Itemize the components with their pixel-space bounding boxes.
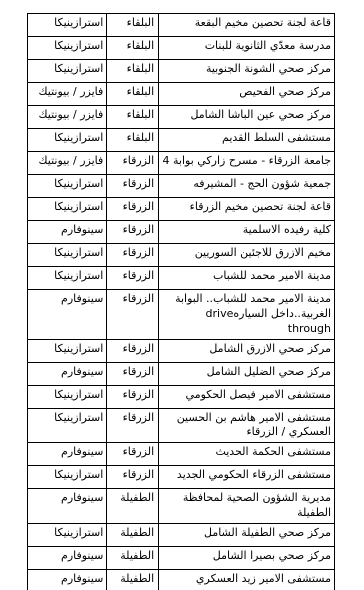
location-cell: جامعة الزرقاء - مسرح زاركي بوابة 4	[159, 152, 335, 175]
location-cell: مركز صحي الازرق الشامل	[159, 339, 335, 362]
governorate-cell: البلقاء	[107, 106, 159, 129]
location-cell: مدرسة معدّي الثانوية للبنات	[159, 37, 335, 60]
governorate-cell: الزرقاء	[107, 443, 159, 466]
location-cell: مستشفى الزرقاء الحكومي الجديد	[159, 466, 335, 489]
table-row: مركز صحي الشونة الجنوبية البلقاء استرازي…	[28, 60, 335, 83]
vaccine-cell: استرازينيكا	[28, 129, 107, 152]
table-row: مدرسة معدّي الثانوية للبنات البلقاء استر…	[28, 37, 335, 60]
location-cell: قاعة لجنة تحصين مخيم البقعة	[159, 14, 335, 37]
vaccine-cell: استرازينيكا	[28, 385, 107, 408]
vaccination-centers-table: قاعة لجنة تحصين مخيم البقعة البلقاء استر…	[27, 13, 335, 590]
governorate-cell: البلقاء	[107, 129, 159, 152]
governorate-cell: الطفيلة	[107, 523, 159, 546]
location-cell: مركز صحي الفحيص	[159, 83, 335, 106]
vaccine-cell: فايزر / بيونتيك	[28, 152, 107, 175]
governorate-cell: الزرقاء	[107, 244, 159, 267]
vaccine-cell: استرازينيكا	[28, 175, 107, 198]
table-row: جامعة الزرقاء - مسرح زاركي بوابة 4 الزرق…	[28, 152, 335, 175]
vaccine-cell: سينوفارم	[28, 489, 107, 524]
location-cell: مدينة الامير محمد للشباب	[159, 267, 335, 290]
governorate-cell: الزرقاء	[107, 267, 159, 290]
table-row: مركز صحي الضليل الشامل الزرقاء سينوفارم	[28, 362, 335, 385]
location-cell: مركز صحي الطفيلة الشامل	[159, 523, 335, 546]
vaccine-cell: استرازينيكا	[28, 198, 107, 221]
governorate-cell: الطفيلة	[107, 489, 159, 524]
table-row: كلية رفيده الاسلمية الزرقاء سينوفارم	[28, 221, 335, 244]
location-cell: جمعية شؤون الحج - المشيرفه	[159, 175, 335, 198]
governorate-cell: الزرقاء	[107, 221, 159, 244]
table-row: جمعية شؤون الحج - المشيرفه الزرقاء استرا…	[28, 175, 335, 198]
table-row: مركز صحي الطفيلة الشامل الطفيلة استرازين…	[28, 523, 335, 546]
vaccine-cell: استرازينيكا	[28, 408, 107, 443]
table-body: قاعة لجنة تحصين مخيم البقعة البلقاء استر…	[28, 14, 335, 590]
location-cell: قاعة لجنة تحصين مخيم الزرقاء	[159, 198, 335, 221]
table-row: مدينة الامير محمد للشباب الزرقاء استرازي…	[28, 267, 335, 290]
location-cell: مستشفى الحكمة الحديث	[159, 443, 335, 466]
vaccine-cell: سينوفارم	[28, 569, 107, 590]
location-cell: مدينة الامير محمد للشباب.. البوابة الغرب…	[159, 290, 335, 340]
vaccine-cell: استرازينيكا	[28, 339, 107, 362]
governorate-cell: الطفيلة	[107, 569, 159, 590]
table-row: مديرية الشؤون الصحية لمحافظة الطفيلة الط…	[28, 489, 335, 524]
location-cell: مركز صحي الضليل الشامل	[159, 362, 335, 385]
governorate-cell: البلقاء	[107, 14, 159, 37]
vaccine-cell: استرازينيكا	[28, 523, 107, 546]
governorate-cell: البلقاء	[107, 83, 159, 106]
location-cell: مركز صحي بصيرا الشامل	[159, 546, 335, 569]
document-page: { "page": { "background_color": "#ffffff…	[0, 0, 364, 590]
governorate-cell: الزرقاء	[107, 175, 159, 198]
governorate-cell: الزرقاء	[107, 290, 159, 340]
table-row: مركز صحي عين الباشا الشامل البلقاء فايزر…	[28, 106, 335, 129]
vaccine-cell: سينوفارم	[28, 290, 107, 340]
table-row: مستشفى الامير زيد العسكري الطفيلة سينوفا…	[28, 569, 335, 590]
governorate-cell: الزرقاء	[107, 408, 159, 443]
table-row: مركز صحي الفحيص البلقاء فايزر / بيونتيك	[28, 83, 335, 106]
table-row: مركز صحي الازرق الشامل الزرقاء استرازيني…	[28, 339, 335, 362]
table-row: مستشفى الزرقاء الحكومي الجديد الزرقاء اس…	[28, 466, 335, 489]
vaccine-cell: استرازينيكا	[28, 267, 107, 290]
governorate-cell: الزرقاء	[107, 385, 159, 408]
governorate-cell: الطفيلة	[107, 546, 159, 569]
vaccine-cell: سينوفارم	[28, 546, 107, 569]
location-cell: مستشفى السلط القديم	[159, 129, 335, 152]
location-cell: مستشفى الامير زيد العسكري	[159, 569, 335, 590]
governorate-cell: الزرقاء	[107, 466, 159, 489]
location-cell: مركز صحي الشونة الجنوبية	[159, 60, 335, 83]
table-row: قاعة لجنة تحصين مخيم الزرقاء الزرقاء است…	[28, 198, 335, 221]
vaccine-cell: استرازينيكا	[28, 244, 107, 267]
governorate-cell: البلقاء	[107, 60, 159, 83]
governorate-cell: الزرقاء	[107, 152, 159, 175]
location-cell: مستشفى الامير فيصل الحكومي	[159, 385, 335, 408]
location-cell: مستشفى الامير هاشم بن الحسين العسكري / ا…	[159, 408, 335, 443]
governorate-cell: الزرقاء	[107, 339, 159, 362]
vaccine-cell: استرازينيكا	[28, 60, 107, 83]
table-row: مخيم الازرق للاجئين السوريين الزرقاء است…	[28, 244, 335, 267]
table-row: مستشفى الامير هاشم بن الحسين العسكري / ا…	[28, 408, 335, 443]
vaccine-cell: استرازينيكا	[28, 37, 107, 60]
vaccine-cell: فايزر / بيونتيك	[28, 106, 107, 129]
table-row: مستشفى السلط القديم البلقاء استرازينيكا	[28, 129, 335, 152]
table-row: مستشفى الحكمة الحديث الزرقاء سينوفارم	[28, 443, 335, 466]
vaccine-cell: استرازينيكا	[28, 466, 107, 489]
vaccine-cell: سينوفارم	[28, 443, 107, 466]
vaccine-cell: استرازينيكا	[28, 14, 107, 37]
vaccine-cell: سينوفارم	[28, 362, 107, 385]
vaccine-cell: سينوفارم	[28, 221, 107, 244]
governorate-cell: البلقاء	[107, 37, 159, 60]
table-row: مستشفى الامير فيصل الحكومي الزرقاء استرا…	[28, 385, 335, 408]
location-cell: مديرية الشؤون الصحية لمحافظة الطفيلة	[159, 489, 335, 524]
location-cell: مركز صحي عين الباشا الشامل	[159, 106, 335, 129]
table-row: مدينة الامير محمد للشباب.. البوابة الغرب…	[28, 290, 335, 340]
location-cell: كلية رفيده الاسلمية	[159, 221, 335, 244]
vaccine-cell: فايزر / بيونتيك	[28, 83, 107, 106]
location-cell: مخيم الازرق للاجئين السوريين	[159, 244, 335, 267]
table-row: مركز صحي بصيرا الشامل الطفيلة سينوفارم	[28, 546, 335, 569]
table-row: قاعة لجنة تحصين مخيم البقعة البلقاء استر…	[28, 14, 335, 37]
governorate-cell: الزرقاء	[107, 362, 159, 385]
governorate-cell: الزرقاء	[107, 198, 159, 221]
